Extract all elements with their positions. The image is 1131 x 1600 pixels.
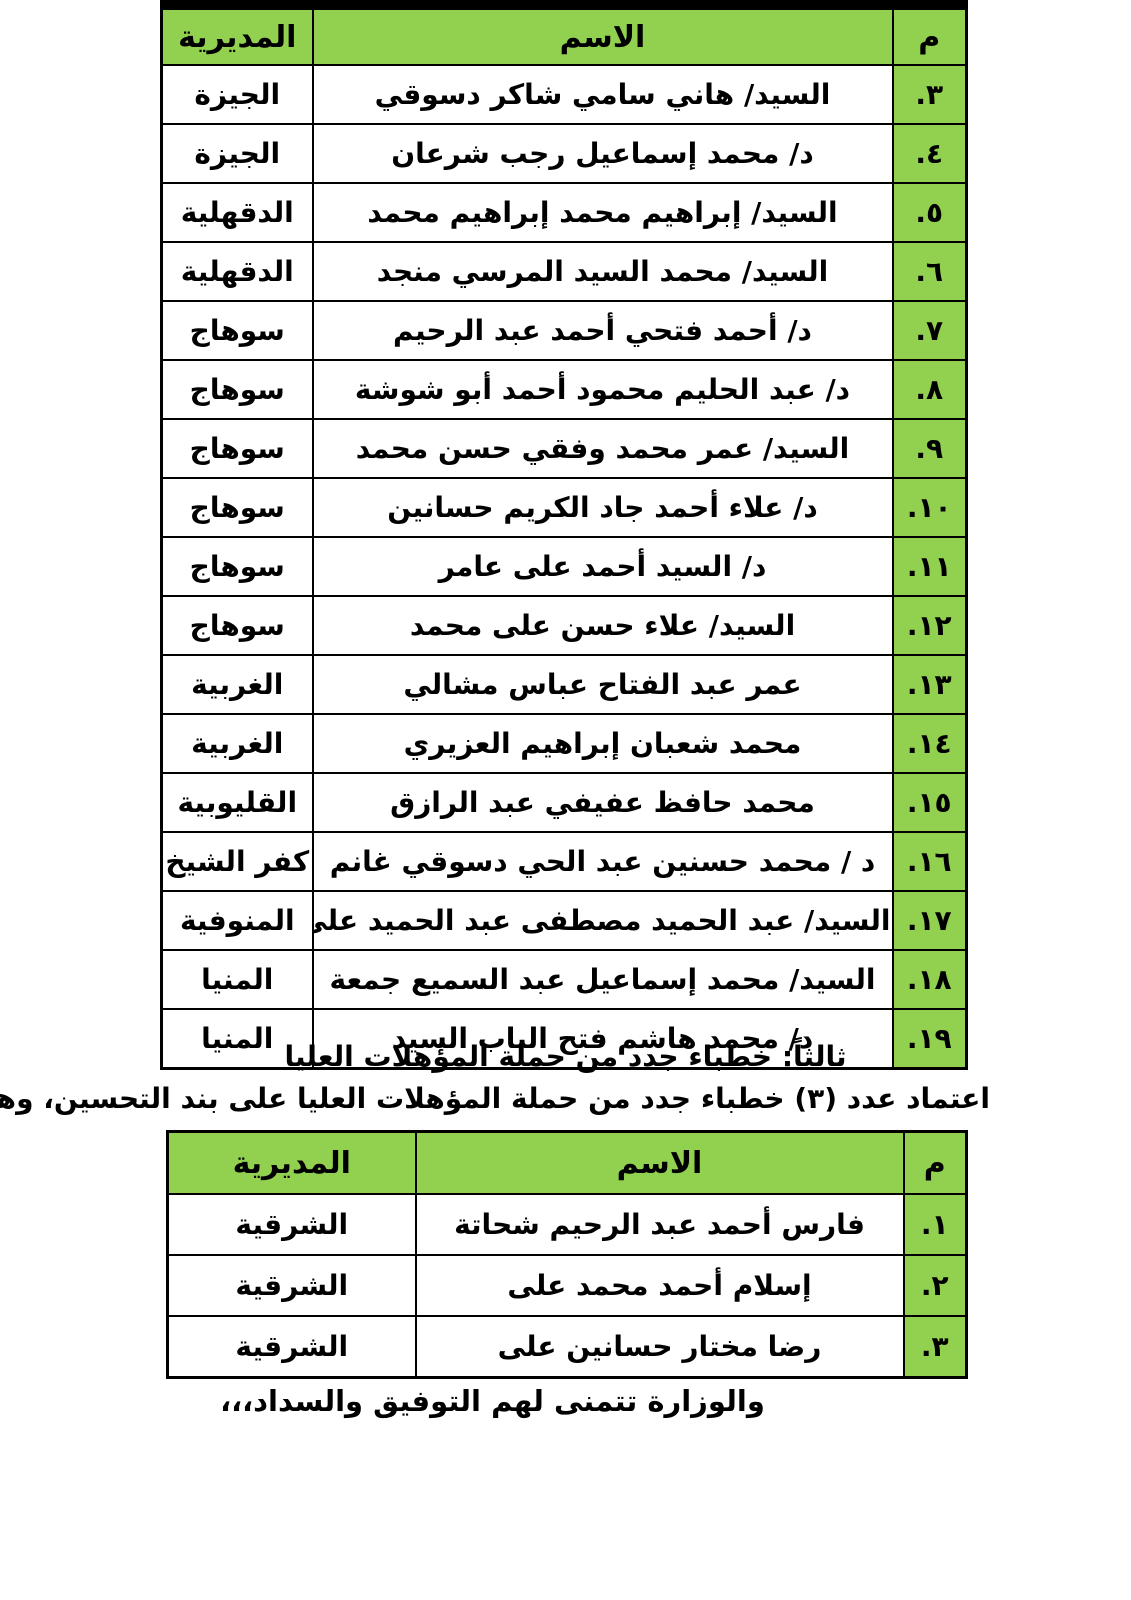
row-number-cell: ١١. bbox=[893, 537, 967, 596]
table-header-row: م الاسم المديرية bbox=[162, 5, 967, 65]
directorate-cell: الجيزة bbox=[162, 124, 313, 183]
table-row: ٨. د/ عبد الحليم محمود أحمد أبو شوشة سوه… bbox=[162, 360, 967, 419]
preacher-name-cell: السيد/ عمر محمد وفقي حسن محمد bbox=[313, 419, 893, 478]
table-row: ١٦. د / محمد حسنين عبد الحي دسوقي غانم ك… bbox=[162, 832, 967, 891]
table-row: ٧. د/ أحمد فتحي أحمد عبد الرحيم سوهاج bbox=[162, 301, 967, 360]
row-number-cell: ١٧. bbox=[893, 891, 967, 950]
row-number-cell: ١٥. bbox=[893, 773, 967, 832]
row-number-cell: ١٣. bbox=[893, 655, 967, 714]
table-row: ١٣. عمر عبد الفتاح عباس مشالي الغربية bbox=[162, 655, 967, 714]
table-row: ١٢. السيد/ علاء حسن على محمد سوهاج bbox=[162, 596, 967, 655]
column-header-directorate: المديرية bbox=[168, 1132, 416, 1195]
preachers-table-higher-qualifications: م الاسم المديرية ١. فارس أحمد عبد الرحيم… bbox=[166, 1130, 968, 1379]
row-number-cell: ٥. bbox=[893, 183, 967, 242]
directorate-cell: سوهاج bbox=[162, 478, 313, 537]
directorate-cell: الدقهلية bbox=[162, 183, 313, 242]
preacher-name-cell: السيد/ هاني سامي شاكر دسوقي bbox=[313, 65, 893, 124]
column-header-number: م bbox=[893, 5, 967, 65]
preacher-name-cell: السيد/ محمد إسماعيل عبد السميع جمعة bbox=[313, 950, 893, 1009]
table-row: ٢. إسلام أحمد محمد على الشرقية bbox=[168, 1255, 967, 1316]
table-row: ٩. السيد/ عمر محمد وفقي حسن محمد سوهاج bbox=[162, 419, 967, 478]
row-number-cell: ٦. bbox=[893, 242, 967, 301]
directorate-cell: سوهاج bbox=[162, 419, 313, 478]
directorate-cell: الشرقية bbox=[168, 1316, 416, 1378]
directorate-cell: الغربية bbox=[162, 714, 313, 773]
preacher-name-cell: عمر عبد الفتاح عباس مشالي bbox=[313, 655, 893, 714]
row-number-cell: ٣. bbox=[904, 1316, 967, 1378]
directorate-cell: الشرقية bbox=[168, 1194, 416, 1255]
column-header-name: الاسم bbox=[416, 1132, 904, 1195]
preacher-name-cell: د/ السيد أحمد على عامر bbox=[313, 537, 893, 596]
section-heading: ثالثاً: خطباء جدد من حملة المؤهلات العلي… bbox=[0, 1040, 1131, 1073]
column-header-name: الاسم bbox=[313, 5, 893, 65]
preacher-name-cell: رضا مختار حسانين على bbox=[416, 1316, 904, 1378]
row-number-cell: ٧. bbox=[893, 301, 967, 360]
directorate-cell: سوهاج bbox=[162, 537, 313, 596]
table-row: ١١. د/ السيد أحمد على عامر سوهاج bbox=[162, 537, 967, 596]
preacher-name-cell: السيد/ علاء حسن على محمد bbox=[313, 596, 893, 655]
preacher-name-cell: محمد شعبان إبراهيم العزيري bbox=[313, 714, 893, 773]
table-row: ٦. السيد/ محمد السيد المرسي منجد الدقهلي… bbox=[162, 242, 967, 301]
preacher-name-cell: د/ عبد الحليم محمود أحمد أبو شوشة bbox=[313, 360, 893, 419]
directorate-cell: المنوفية bbox=[162, 891, 313, 950]
preachers-table-main: م الاسم المديرية ٣. السيد/ هاني سامي شاك… bbox=[160, 0, 968, 1070]
table-row: ٣. السيد/ هاني سامي شاكر دسوقي الجيزة bbox=[162, 65, 967, 124]
preacher-name-cell: السيد/ محمد السيد المرسي منجد bbox=[313, 242, 893, 301]
row-number-cell: ١٨. bbox=[893, 950, 967, 1009]
section-intro-text: اعتماد عدد (٣) خطباء جدد من حملة المؤهلا… bbox=[0, 1082, 990, 1115]
directorate-cell: المنيا bbox=[162, 950, 313, 1009]
preacher-name-cell: السيد/ إبراهيم محمد إبراهيم محمد bbox=[313, 183, 893, 242]
table-row: ١٨. السيد/ محمد إسماعيل عبد السميع جمعة … bbox=[162, 950, 967, 1009]
row-number-cell: ٣. bbox=[893, 65, 967, 124]
preacher-name-cell: د/ محمد إسماعيل رجب شرعان bbox=[313, 124, 893, 183]
row-number-cell: ١٢. bbox=[893, 596, 967, 655]
preacher-name-cell: محمد حافظ عفيفي عبد الرازق bbox=[313, 773, 893, 832]
directorate-cell: سوهاج bbox=[162, 301, 313, 360]
table-row: ٣. رضا مختار حسانين على الشرقية bbox=[168, 1316, 967, 1378]
table-row: ١. فارس أحمد عبد الرحيم شحاتة الشرقية bbox=[168, 1194, 967, 1255]
preacher-name-cell: د/ علاء أحمد جاد الكريم حسانين bbox=[313, 478, 893, 537]
table-row: ١٧. السيد/ عبد الحميد مصطفى عبد الحميد ع… bbox=[162, 891, 967, 950]
table-row: ٤. د/ محمد إسماعيل رجب شرعان الجيزة bbox=[162, 124, 967, 183]
preacher-name-cell: السيد/ عبد الحميد مصطفى عبد الحميد على ش… bbox=[313, 891, 893, 950]
table-header-row: م الاسم المديرية bbox=[168, 1132, 967, 1195]
row-number-cell: ١٤. bbox=[893, 714, 967, 773]
table-row: ٥. السيد/ إبراهيم محمد إبراهيم محمد الدق… bbox=[162, 183, 967, 242]
directorate-cell: كفر الشيخ bbox=[162, 832, 313, 891]
table-row: ١٠. د/ علاء أحمد جاد الكريم حسانين سوهاج bbox=[162, 478, 967, 537]
preacher-name-cell: فارس أحمد عبد الرحيم شحاتة bbox=[416, 1194, 904, 1255]
row-number-cell: ٩. bbox=[893, 419, 967, 478]
row-number-cell: ٨. bbox=[893, 360, 967, 419]
row-number-cell: ١٦. bbox=[893, 832, 967, 891]
directorate-cell: الجيزة bbox=[162, 65, 313, 124]
preacher-name-cell: د/ أحمد فتحي أحمد عبد الرحيم bbox=[313, 301, 893, 360]
table-row: ١٥. محمد حافظ عفيفي عبد الرازق القليوبية bbox=[162, 773, 967, 832]
row-number-cell: ١٠. bbox=[893, 478, 967, 537]
directorate-cell: الشرقية bbox=[168, 1255, 416, 1316]
table-row: ١٤. محمد شعبان إبراهيم العزيري الغربية bbox=[162, 714, 967, 773]
column-header-directorate: المديرية bbox=[162, 5, 313, 65]
directorate-cell: سوهاج bbox=[162, 360, 313, 419]
directorate-cell: الغربية bbox=[162, 655, 313, 714]
directorate-cell: سوهاج bbox=[162, 596, 313, 655]
directorate-cell: الدقهلية bbox=[162, 242, 313, 301]
column-header-number: م bbox=[904, 1132, 967, 1195]
row-number-cell: ١. bbox=[904, 1194, 967, 1255]
preacher-name-cell: د / محمد حسنين عبد الحي دسوقي غانم bbox=[313, 832, 893, 891]
preacher-name-cell: إسلام أحمد محمد على bbox=[416, 1255, 904, 1316]
row-number-cell: ٤. bbox=[893, 124, 967, 183]
row-number-cell: ٢. bbox=[904, 1255, 967, 1316]
document-page: { "colors": { "table_green": "#92d050", … bbox=[0, 0, 1131, 1600]
closing-wish-line: والوزارة تتمنى لهم التوفيق والسداد،،، bbox=[0, 1384, 985, 1418]
directorate-cell: القليوبية bbox=[162, 773, 313, 832]
